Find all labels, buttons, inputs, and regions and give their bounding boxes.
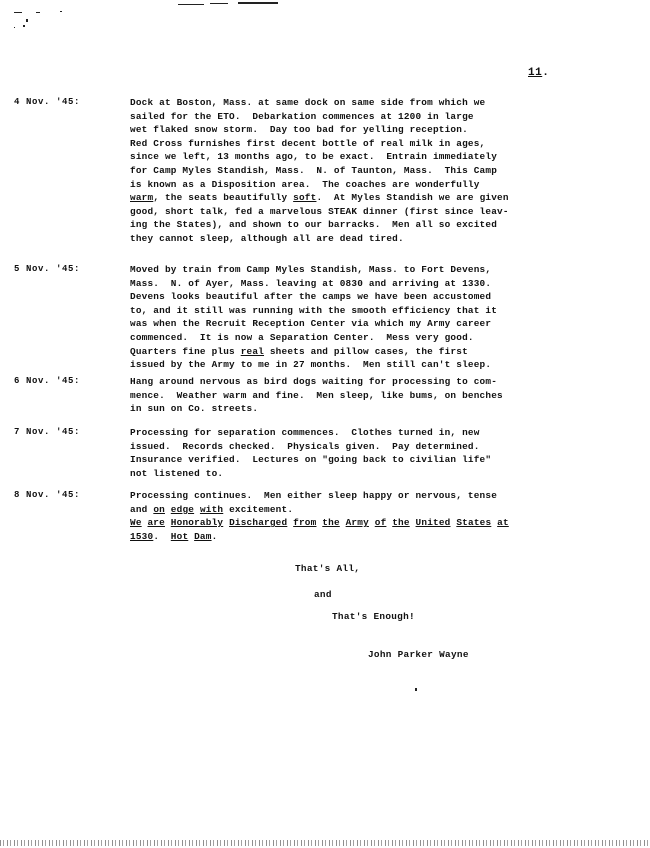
- entry-date: 7 Nov. '45:: [14, 426, 80, 440]
- closing-line: That's All,: [295, 563, 360, 574]
- underlined-text: warm: [130, 192, 153, 203]
- entry-line: Hang around nervous as bird dogs waiting…: [130, 375, 575, 389]
- entry-body: Dock at Boston, Mass. at same dock on sa…: [130, 96, 575, 246]
- entry-body: Hang around nervous as bird dogs waiting…: [130, 375, 575, 416]
- scan-speck: [36, 12, 40, 13]
- scan-edge-noise: [0, 840, 650, 846]
- entry-line: issued by the Army to me in 27 months. M…: [130, 358, 575, 372]
- underlined-text: Hot: [171, 531, 188, 542]
- underlined-text: the: [392, 517, 409, 528]
- entry-line: Processing continues. Men either sleep h…: [130, 489, 575, 503]
- underlined-text: 1530: [130, 531, 153, 542]
- entry-line: commenced. It is now a Separation Center…: [130, 331, 575, 345]
- underlined-text: Discharged: [229, 517, 287, 528]
- entry-date: 4 Nov. '45:: [14, 96, 80, 110]
- page-number-value: 11: [528, 67, 542, 79]
- entry-line: ing the States), and shown to our barrac…: [130, 218, 575, 232]
- underlined-text: States: [456, 517, 491, 528]
- entry-line: 1530. Hot Dam.: [130, 530, 575, 544]
- underlined-text: Honorably: [171, 517, 223, 528]
- scan-speck: [26, 19, 28, 22]
- underlined-text: the: [322, 517, 339, 528]
- scan-speck: [238, 2, 278, 4]
- closing-line: That's Enough!: [332, 611, 415, 622]
- entry-date: 5 Nov. '45:: [14, 263, 80, 277]
- entry-line: Processing for separation commences. Clo…: [130, 426, 575, 440]
- entry-line: in sun on Co. streets.: [130, 402, 575, 416]
- underlined-text: on: [153, 504, 165, 515]
- underlined-text: real: [241, 346, 264, 357]
- entry-line: to, and it still was running with the sm…: [130, 304, 575, 318]
- entry-line: since we left, 13 months ago, to be exac…: [130, 150, 575, 164]
- entry-body: Processing continues. Men either sleep h…: [130, 489, 575, 543]
- underlined-text: edge: [171, 504, 194, 515]
- scan-speck: [14, 27, 15, 28]
- entry-body: Processing for separation commences. Clo…: [130, 426, 575, 480]
- underlined-text: of: [375, 517, 387, 528]
- entry-line: is known as a Disposition area. The coac…: [130, 178, 575, 192]
- underlined-text: Dam: [194, 531, 211, 542]
- entry-line: they cannot sleep, although all are dead…: [130, 232, 575, 246]
- entry-line: for Camp Myles Standish, Mass. N. of Tau…: [130, 164, 575, 178]
- underlined-text: are: [147, 517, 164, 528]
- scan-speck: [60, 11, 62, 12]
- entry-line: We are Honorably Discharged from the Arm…: [130, 516, 575, 530]
- entry-line: Red Cross furnishes first decent bottle …: [130, 137, 575, 151]
- scan-speck: [178, 4, 204, 5]
- entry-line: Quarters fine plus real sheets and pillo…: [130, 345, 575, 359]
- scan-speck: [415, 688, 417, 691]
- underlined-text: soft: [293, 192, 316, 203]
- underlined-text: with: [200, 504, 223, 515]
- scan-speck: [210, 3, 228, 4]
- entry-line: not listened to.: [130, 467, 575, 481]
- entry-line: Devens looks beautiful after the camps w…: [130, 290, 575, 304]
- underlined-text: Army: [346, 517, 369, 528]
- entry-line: Moved by train from Camp Myles Standish,…: [130, 263, 575, 277]
- entry-line: and on edge with excitement.: [130, 503, 575, 517]
- scan-speck: [23, 25, 25, 27]
- signature: John Parker Wayne: [368, 649, 469, 660]
- underlined-text: from: [293, 517, 316, 528]
- page-number: 11.: [528, 67, 549, 79]
- entry-line: issued. Records checked. Physicals given…: [130, 440, 575, 454]
- entry-line: warm, the seats beautifully soft. At Myl…: [130, 191, 575, 205]
- entry-body: Moved by train from Camp Myles Standish,…: [130, 263, 575, 372]
- closing-line: and: [314, 589, 332, 600]
- document-page: 11. 4 Nov. '45: Dock at Boston, Mass. at…: [0, 0, 650, 848]
- underlined-text: United: [416, 517, 451, 528]
- entry-line: was when the Recruit Reception Center vi…: [130, 317, 575, 331]
- entry-line: wet flaked snow storm. Day too bad for y…: [130, 123, 575, 137]
- scan-speck: [14, 12, 22, 13]
- page-number-suffix: .: [542, 67, 549, 79]
- entry-line: Insurance verified. Lectures on "going b…: [130, 453, 575, 467]
- entry-line: good, short talk, fed a marvelous STEAK …: [130, 205, 575, 219]
- entry-line: Dock at Boston, Mass. at same dock on sa…: [130, 96, 575, 110]
- entry-date: 8 Nov. '45:: [14, 489, 80, 503]
- underlined-text: We: [130, 517, 142, 528]
- entry-line: sailed for the ETO. Debarkation commence…: [130, 110, 575, 124]
- underlined-text: at: [497, 517, 509, 528]
- entry-line: Mass. N. of Ayer, Mass. leaving at 0830 …: [130, 277, 575, 291]
- entry-line: mence. Weather warm and fine. Men sleep,…: [130, 389, 575, 403]
- entry-date: 6 Nov. '45:: [14, 375, 80, 389]
